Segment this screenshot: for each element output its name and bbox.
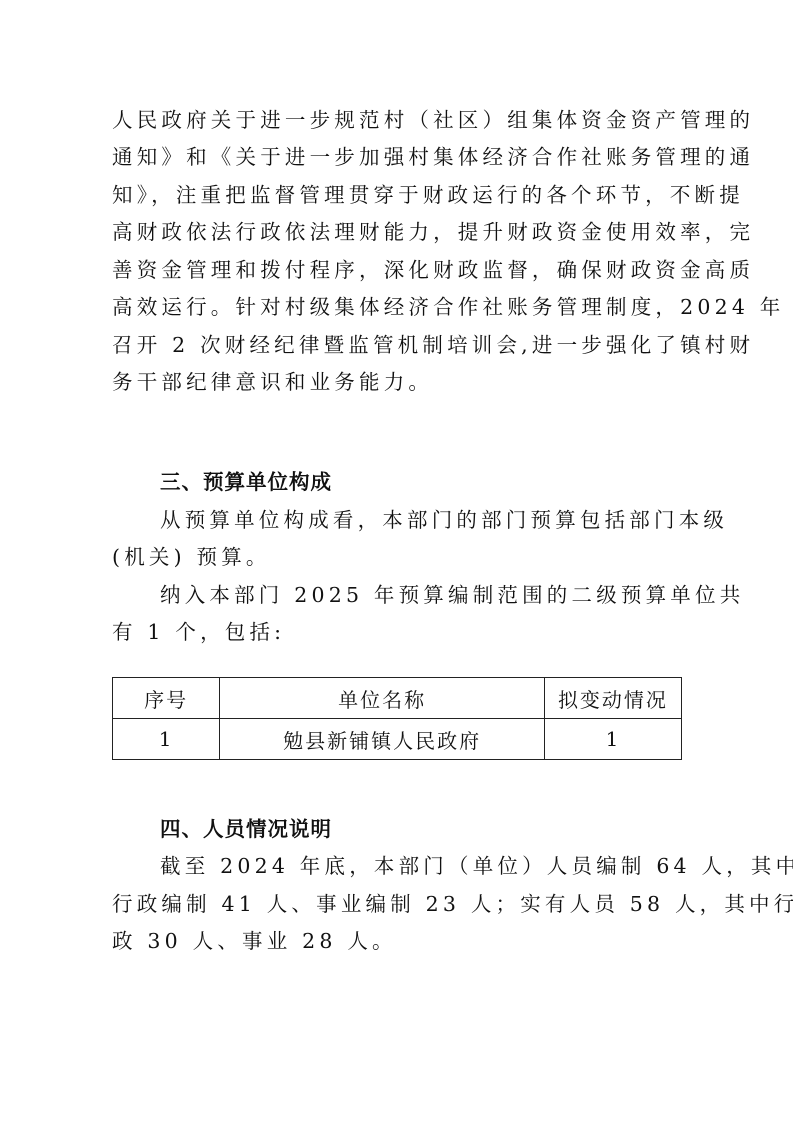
cell-unit-name: 勉县新铺镇人民政府 <box>220 719 545 760</box>
paragraph-line: 政 30 人、事业 28 人。 <box>112 927 682 955</box>
column-header-planned-change: 拟变动情况 <box>544 678 681 719</box>
section-heading-budget-units: 三、预算单位构成 <box>160 468 332 496</box>
paragraph-line: 纳入本部门 2025 年预算编制范围的二级预算单位共 <box>160 581 682 609</box>
table-header-row: 序号 单位名称 拟变动情况 <box>113 678 682 719</box>
paragraph-line: 召开 2 次财经纪律暨监管机制培训会,进一步强化了镇村财 <box>112 331 682 359</box>
column-header-unit-name: 单位名称 <box>220 678 545 719</box>
paragraph-line: 高财政依法行政依法理财能力，提升财政资金使用效率，完 <box>112 218 682 246</box>
paragraph-line: 善资金管理和拨付程序，深化财政监督，确保财政资金高质 <box>112 256 682 284</box>
budget-units-table: 序号 单位名称 拟变动情况 1 勉县新铺镇人民政府 1 <box>112 677 682 760</box>
document-page: 人民政府关于进一步规范村（社区）组集体资金资产管理的 通知》和《关于进一步加强村… <box>0 0 793 1122</box>
table-row: 1 勉县新铺镇人民政府 1 <box>113 719 682 760</box>
column-header-index: 序号 <box>113 678 220 719</box>
cell-planned-change: 1 <box>544 719 681 760</box>
paragraph-line: 务干部纪律意识和业务能力。 <box>112 368 682 396</box>
section-heading-staffing: 四、人员情况说明 <box>160 815 332 843</box>
paragraph-line: 知》，注重把监督管理贯穿于财政运行的各个环节，不断提 <box>112 181 682 209</box>
paragraph-line: 有 1 个，包括: <box>112 618 682 646</box>
paragraph-line: 截至 2024 年底，本部门（单位）人员编制 64 人，其中 <box>160 852 682 880</box>
paragraph-line: 人民政府关于进一步规范村（社区）组集体资金资产管理的 <box>112 106 682 134</box>
cell-index: 1 <box>113 719 220 760</box>
paragraph-line: (机关) 预算。 <box>112 543 682 571</box>
paragraph-line: 行政编制 41 人、事业编制 23 人；实有人员 58 人，其中行 <box>112 890 682 918</box>
paragraph-line: 高效运行。针对村级集体经济合作社账务管理制度，2024 年 <box>112 293 682 321</box>
paragraph-line: 通知》和《关于进一步加强村集体经济合作社账务管理的通 <box>112 143 682 171</box>
paragraph-line: 从预算单位构成看，本部门的部门预算包括部门本级 <box>160 506 682 534</box>
